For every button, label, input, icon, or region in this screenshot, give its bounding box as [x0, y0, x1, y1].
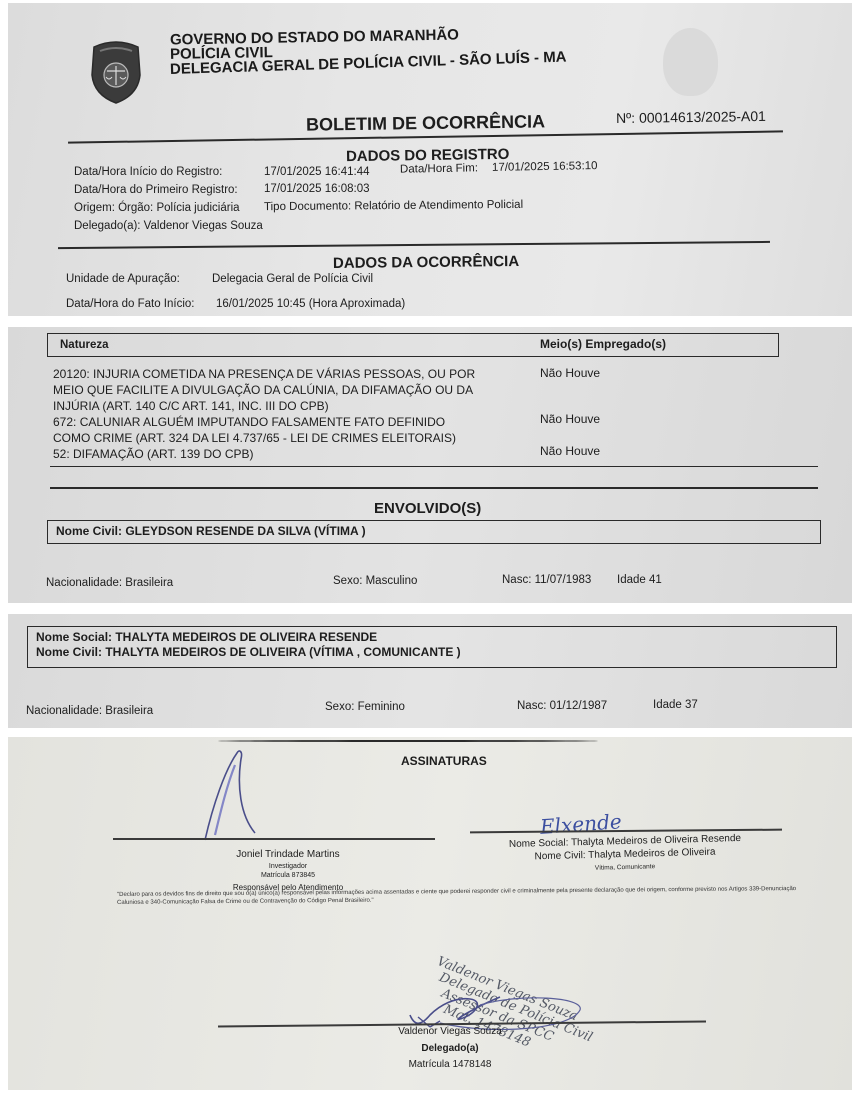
- divider: [58, 241, 770, 249]
- person-1-idade: Idade 41: [617, 574, 662, 586]
- person-2-nasc: Nasc: 01/12/1987: [517, 700, 607, 712]
- unidade-value: Delegacia Geral de Polícia Civil: [212, 273, 373, 285]
- primeiro-registro-label: Data/Hora do Primeiro Registro:: [74, 184, 238, 196]
- person-1-nome-civil: Nome Civil: GLEYDSON RESENDE DA SILVA (V…: [56, 524, 366, 538]
- signature-line: [113, 838, 435, 840]
- person-2-sexo: Sexo: Feminino: [325, 701, 405, 713]
- person-2-nacionalidade: Nacionalidade: Brasileira: [26, 705, 153, 717]
- delegado-name: Valdenor Viegas Souza: [380, 1026, 520, 1037]
- investigator-name: Joniel Trindade Martins: [208, 849, 368, 860]
- person-1-sexo: Sexo: Masculino: [333, 575, 417, 587]
- primeiro-registro-value: 17/01/2025 16:08:03: [264, 183, 370, 195]
- police-badge-icon: [88, 39, 144, 105]
- table-row: 52: DIFAMAÇÃO (ART. 139 DO CPB): [53, 446, 254, 462]
- unidade-label: Unidade de Apuração:: [66, 273, 180, 285]
- table-row: 672: CALUNIAR ALGUÉM IMPUTANDO FALSAMENT…: [53, 414, 456, 446]
- tipo-documento: Tipo Documento: Relatório de Atendimento…: [264, 199, 523, 213]
- person-2-idade: Idade 37: [653, 699, 698, 711]
- document-title: BOLETIM DE OCORRÊNCIA: [306, 111, 545, 135]
- meio-value: Não Houve: [540, 412, 600, 426]
- document-number: Nº: 00014613/2025-A01: [616, 108, 766, 126]
- delegado-matricula: Matrícula 1478148: [380, 1059, 520, 1070]
- origem: Origem: Órgão: Polícia judiciária: [74, 202, 240, 214]
- divider: [50, 487, 818, 489]
- delegado-role: Delegado(a): [380, 1043, 520, 1054]
- column-meios: Meio(s) Empregado(s): [540, 337, 666, 351]
- meio-value: Não Houve: [540, 366, 600, 380]
- delegado: Delegado(a): Valdenor Viegas Souza: [74, 220, 263, 232]
- inicio-value: 17/01/2025 16:41:44: [264, 166, 370, 178]
- fim-value: 17/01/2025 16:53:10: [492, 160, 598, 174]
- investigator-signature-icon: [195, 745, 265, 845]
- divider: [218, 740, 598, 742]
- document-photo-header: GOVERNO DO ESTADO DO MARANHÃO POLÍCIA CI…: [8, 3, 852, 316]
- meio-value: Não Houve: [540, 444, 600, 458]
- investigator-matricula: Matrícula 873845: [208, 872, 368, 879]
- inicio-label: Data/Hora Início do Registro:: [74, 166, 222, 178]
- natureza-table-header: Natureza Meio(s) Empregado(s): [47, 333, 779, 357]
- section-title-envolvidos: ENVOLVIDO(S): [374, 500, 481, 517]
- watermark-crest-icon: [663, 28, 718, 96]
- document-photo-assinaturas: [8, 737, 852, 1090]
- column-natureza: Natureza: [60, 339, 109, 351]
- fato-value: 16/01/2025 10:45 (Hora Aproximada): [216, 298, 405, 310]
- person-name-box: Nome Social: THALYTA MEDEIROS DE OLIVEIR…: [27, 626, 837, 668]
- investigator-role: Investigador: [208, 863, 368, 870]
- person-1-nacionalidade: Nacionalidade: Brasileira: [46, 577, 173, 589]
- divider: [50, 466, 818, 467]
- fato-label: Data/Hora do Fato Início:: [66, 298, 194, 310]
- section-title-assinaturas: ASSINATURAS: [401, 754, 487, 768]
- section-title-ocorrencia: DADOS DA OCORRÊNCIA: [333, 253, 519, 272]
- person-name-box: Nome Civil: GLEYDSON RESENDE DA SILVA (V…: [47, 520, 821, 544]
- table-row: 20120: INJURIA COMETIDA NA PRESENÇA DE V…: [53, 366, 475, 414]
- person-2-nome-civil: Nome Civil: THALYTA MEDEIROS DE OLIVEIRA…: [36, 645, 828, 660]
- person-2-nome-social: Nome Social: THALYTA MEDEIROS DE OLIVEIR…: [36, 630, 828, 645]
- fim-label: Data/Hora Fim:: [400, 162, 478, 175]
- person-1-nasc: Nasc: 11/07/1983: [502, 574, 591, 586]
